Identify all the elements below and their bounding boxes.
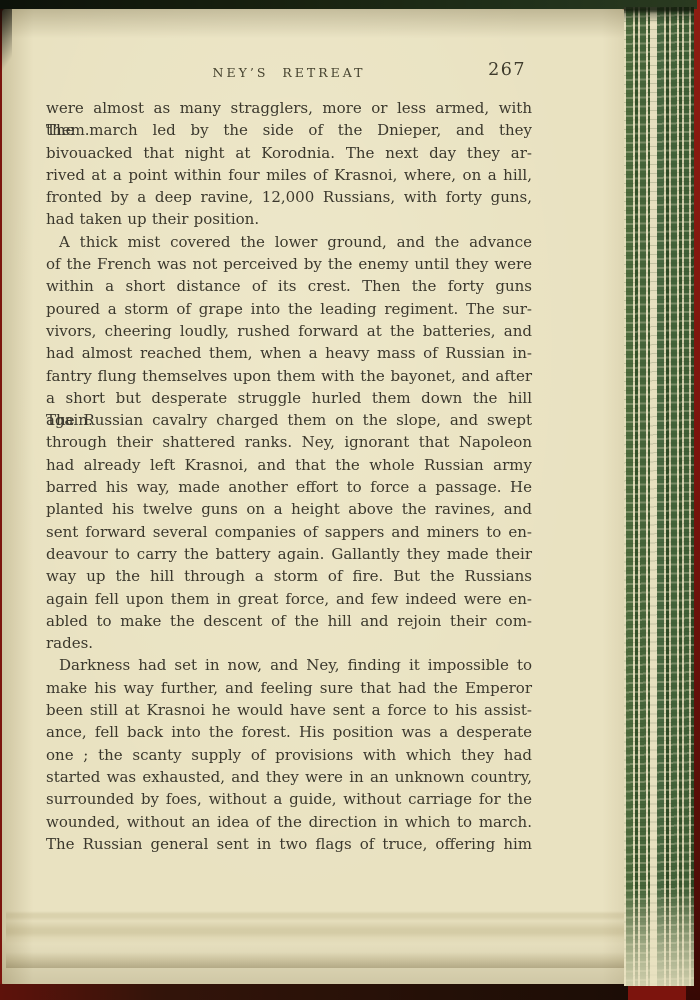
text-line: abled to make the descent of the hill an… [46, 610, 532, 632]
text-line: ance, fell back into the forest. His pos… [46, 721, 532, 743]
page-bottom-edge-bands [6, 902, 627, 968]
text-line: been still at Krasnoi he would have sent… [46, 699, 532, 721]
text-line: sent forward several companies of sapper… [46, 521, 532, 543]
book-top-edge [0, 0, 697, 9]
page-bottom-shadow [0, 984, 628, 1000]
page-number: 267 [488, 60, 526, 80]
book-page-scan: { "page": { "header": { "running_title":… [0, 0, 700, 1000]
text-line: rived at a point within four miles of Kr… [46, 164, 532, 186]
running-title: NEY’S RETREAT [46, 62, 532, 80]
text-line: barred his way, made another effort to f… [46, 476, 532, 498]
text-line: planted his twelve guns on a height abov… [46, 498, 532, 520]
text-line: The Russian cavalry charged them on the … [46, 409, 532, 431]
running-head: NEY’S RETREAT 267 [46, 62, 532, 84]
text-line: The Russian general sent in two flags of… [46, 833, 532, 855]
text-line: had almost reached them, when a heavy ma… [46, 342, 532, 364]
book-fore-edge-stripes [624, 7, 694, 986]
text-line: of the French was not perceived by the e… [46, 253, 532, 275]
text-line: started was exhausted, and they were in … [46, 766, 532, 788]
text-line: again fell upon them in great force, and… [46, 588, 532, 610]
text-line: within a short distance of its crest. Th… [46, 275, 532, 297]
text-line: rades. [46, 632, 532, 654]
text-line: had taken up their position. [46, 208, 532, 230]
text-line: make his way further, and feeling sure t… [46, 677, 532, 699]
text-line: way up the hill through a storm of fire.… [46, 565, 532, 587]
text-line: deavour to carry the battery again. Gall… [46, 543, 532, 565]
text-line: a short but desperate struggle hurled th… [46, 387, 532, 409]
text-line: fronted by a deep ravine, 12,000 Russian… [46, 186, 532, 208]
text-line: Darkness had set in now, and Ney, findin… [46, 654, 532, 676]
text-line: A thick mist covered the lower ground, a… [46, 231, 532, 253]
page-text: were almost as many stragglers, more or … [46, 97, 532, 855]
text-line: had already left Krasnoi, and that the w… [46, 454, 532, 476]
text-line: through their shattered ranks. Ney, igno… [46, 431, 532, 453]
text-line: one ; the scanty supply of provisions wi… [46, 744, 532, 766]
text-line: were almost as many stragglers, more or … [46, 97, 532, 119]
text-line: poured a storm of grape into the leading… [46, 298, 532, 320]
text-line: bivouacked that night at Korodnia. The n… [46, 142, 532, 164]
text-line: fantry flung themselves upon them with t… [46, 365, 532, 387]
text-line: surrounded by foes, without a guide, wit… [46, 788, 532, 810]
text-line: The march led by the side of the Dnieper… [46, 119, 532, 141]
text-line: wounded, without an idea of the directio… [46, 811, 532, 833]
page-corner-shadow [0, 9, 12, 93]
text-line: vivors, cheering loudly, rushed forward … [46, 320, 532, 342]
